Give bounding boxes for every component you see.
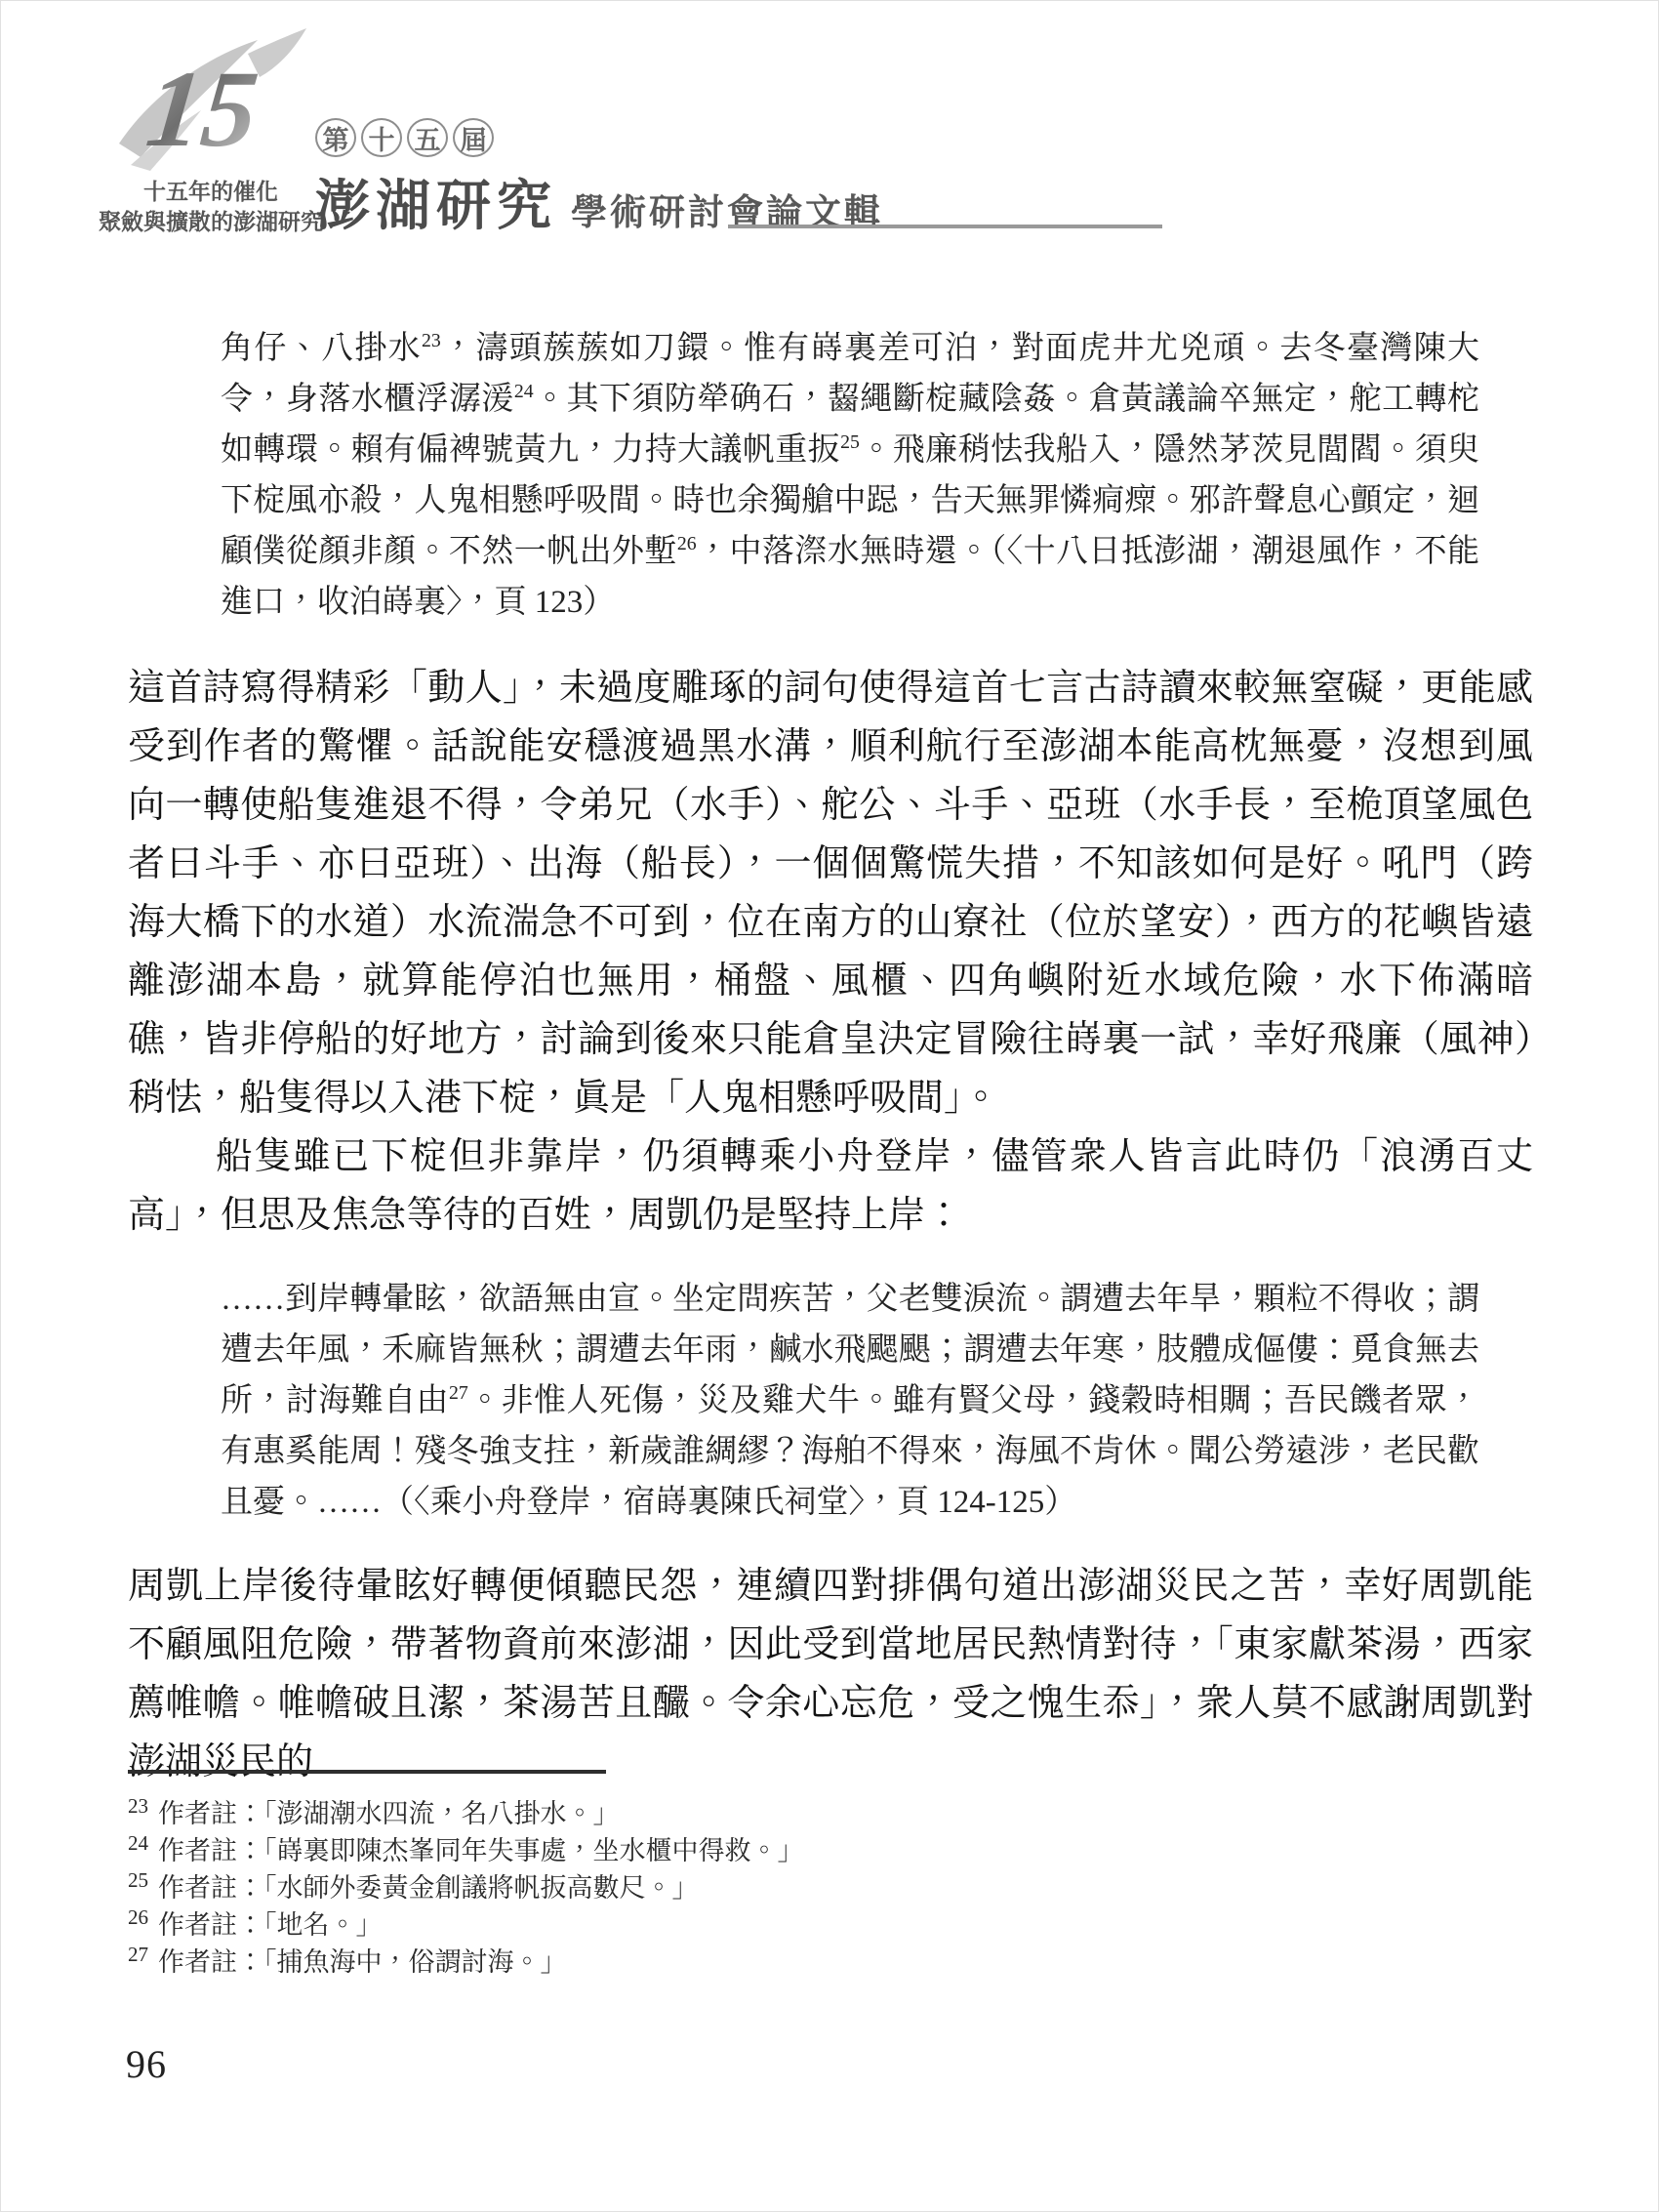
footnote-25: 25作者註：「水師外委黃金創議將帆扳高數尺。」 xyxy=(128,1869,1533,1906)
footnote-23: 23作者註：「澎湖潮水四流，名八掛水。」 xyxy=(128,1795,1533,1832)
paragraph-1: 這首詩寫得精彩「動人」，未過度雕琢的詞句使得這首七言古詩讀來較無窒礙，更能感受到… xyxy=(128,659,1533,1127)
footnote-24: 24作者註：「嵵裏即陳杰峯同年失事處，坐水櫃中得救。」 xyxy=(128,1832,1533,1869)
footnote-text: 作者註：「地名。」 xyxy=(158,1910,383,1940)
footnote-text: 作者註：「捕魚海中，俗謂討海。」 xyxy=(158,1947,567,1977)
block-quote-poem-1: 角仔、八掛水23，濤頭蔟蔟如刀鐶。惟有嵵裏差可泊，對面虎井尤兇頑。去冬臺灣陳大令… xyxy=(221,323,1479,628)
paragraph-3: 周凱上岸後待暈眩好轉便傾聽民怨，連續四對排偶句道出澎湖災民之苦，幸好周凱能不顧風… xyxy=(128,1557,1533,1791)
footnote-number: 26 xyxy=(128,1905,148,1929)
edition-char: 五 xyxy=(407,118,448,157)
anniversary-15-logo-icon: 15 xyxy=(111,28,311,175)
logo-tagline: 十五年的催化 聚斂與擴散的澎湖研究 xyxy=(99,177,323,237)
footnote-text: 作者註：「嵵裏即陳杰峯同年失事處，坐水櫃中得救。」 xyxy=(158,1836,804,1865)
header-rule xyxy=(728,225,1162,228)
footnote-number: 25 xyxy=(128,1868,148,1892)
conference-logo-block: 15 十五年的催化 聚斂與擴散的澎湖研究 xyxy=(99,28,323,237)
footnote-number: 24 xyxy=(128,1831,148,1855)
footnote-section: 23作者註：「澎湖潮水四流，名八掛水。」 24作者註：「嵵裏即陳杰峯同年失事處，… xyxy=(128,1770,1533,1981)
edition-char: 第 xyxy=(315,118,356,157)
svg-text:15: 15 xyxy=(141,49,263,170)
footnote-26: 26作者註：「地名。」 xyxy=(128,1906,1533,1944)
logo-tagline-line1: 十五年的催化 xyxy=(99,177,323,207)
footnote-text: 作者註：「水師外委黃金創議將帆扳高數尺。」 xyxy=(158,1873,699,1903)
footnote-27: 27作者註：「捕魚海中，俗謂討海。」 xyxy=(128,1944,1533,1981)
paragraph-2: 船隻雖已下椗但非靠岸，仍須轉乘小舟登岸，儘管衆人皆言此時仍「浪湧百丈高」，但思及… xyxy=(128,1127,1533,1245)
title-row: 澎湖研究 學術研討會論文輯 xyxy=(315,163,883,241)
footnote-number: 23 xyxy=(128,1794,148,1818)
page-number: 96 xyxy=(126,2041,167,2087)
footnote-separator xyxy=(128,1770,606,1774)
logo-tagline-line2: 聚斂與擴散的澎湖研究 xyxy=(99,207,323,237)
block-quote-poem-2: ……到岸轉暈眩，欲語無由宣。坐定問疾苦，父老雙淚流。謂遭去年旱，顆粒不得收；謂遭… xyxy=(221,1274,1479,1528)
edition-char: 十 xyxy=(361,118,402,157)
edition-badge: 第 十 五 屆 xyxy=(315,118,883,157)
proceedings-title-block: 第 十 五 屆 澎湖研究 學術研討會論文輯 xyxy=(315,118,883,241)
edition-char: 屆 xyxy=(453,118,494,157)
page-content: 角仔、八掛水23，濤頭蔟蔟如刀鐶。惟有嵵裏差可泊，對面虎井尤兇頑。去冬臺灣陳大令… xyxy=(128,323,1533,1791)
footnote-text: 作者註：「澎湖潮水四流，名八掛水。」 xyxy=(158,1799,620,1828)
document-page: 15 十五年的催化 聚斂與擴散的澎湖研究 第 十 五 屆 澎湖研究 學術研討會論… xyxy=(0,0,1659,2212)
proceedings-title-main: 澎湖研究 xyxy=(315,163,557,241)
footnote-number: 27 xyxy=(128,1943,148,1966)
